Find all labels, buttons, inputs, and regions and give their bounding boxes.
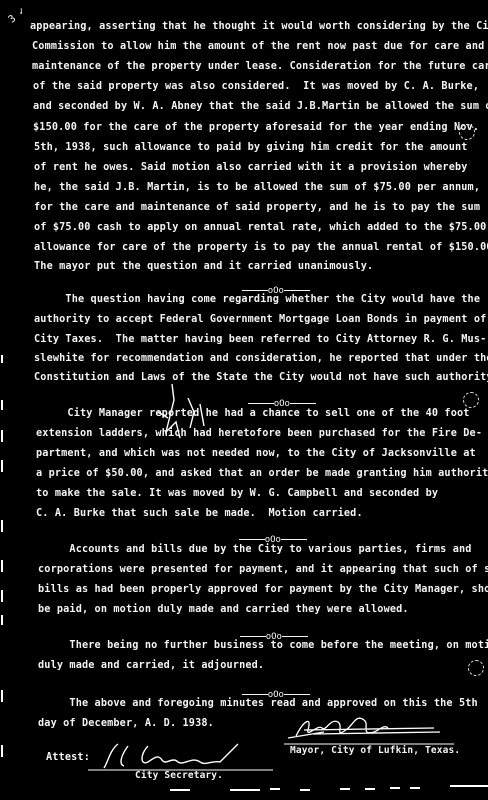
attest-label: Attest: [46,752,90,764]
scan-edge-mark [1,615,3,625]
scan-artifact-dashes [150,782,488,794]
scan-edge-mark [1,560,3,572]
text-line: day of December, A. D. 1938. [38,718,214,730]
margin-note: 3 ✓ [7,5,28,25]
text-line: a price of $50.00, and asked that an ord… [36,468,488,480]
scan-edge-mark [1,460,3,472]
text-line: appearing, asserting that he thought it … [30,21,488,33]
text-line: extension ladders, which had heretofore … [36,428,482,440]
text-line: The above and foregoing minutes read and… [38,698,478,710]
mayor-title: Mayor, City of Lufkin, Texas. [290,745,460,757]
text-line: Constitution and Laws of the State the C… [34,372,488,384]
text-line: corporations were presented for payment,… [38,564,488,576]
scan-edge-mark [1,400,3,410]
text-line: be paid, on motion duly made and carried… [38,604,409,616]
text-line: bills as had been properly approved for … [38,584,488,596]
secretary-title: City Secretary. [135,770,223,782]
text-line: allowance for care of the property is to… [34,242,488,254]
text-line: Commission to allow him the amount of th… [32,41,484,53]
text-line: duly made and carried, it adjourned. [38,660,264,672]
scan-edge-mark [1,355,3,363]
text-line: The question having come regarding wheth… [34,294,480,306]
text-line: and seconded by W. A. Abney that the sai… [33,101,488,113]
text-line: 5th, 1938, such allowance to paid by giv… [34,142,468,154]
binder-hole [463,392,479,408]
text-line: authority to accept Federal Government M… [34,314,486,326]
text-line: of the said property was also considered… [33,81,479,93]
secretary-signature [88,740,278,774]
text-line: of $75.00 cash to apply on annual rental… [34,222,486,234]
scan-edge-mark [1,590,3,602]
text-line: partment, and which was not needed now, … [36,448,476,460]
mayor-signature [284,710,454,750]
text-line: City Taxes. The matter having been refer… [34,334,486,346]
text-line: he, the said J.B. Martin, is to be allow… [34,182,480,194]
scanned-document-page: 3 ✓ appearing, asserting that he thought… [0,0,488,800]
scan-edge-mark [1,745,3,757]
text-line: C. A. Burke that such sale be made. Moti… [36,508,363,520]
scan-edge-mark [1,690,3,702]
text-line: of rent he owes. Said motion also carrie… [34,162,468,174]
text-line: for the care and maintenance of said pro… [34,202,480,214]
text-line: maintenance of the property under lease.… [32,61,488,73]
scan-edge-mark [1,430,3,442]
text-line: $150.00 for the care of the property afo… [33,122,479,134]
ink-smudge [150,382,240,452]
scan-edge-mark [1,520,3,532]
text-line: slewhite for recommendation and consider… [34,353,488,365]
text-line: The mayor put the question and it carrie… [34,261,373,273]
text-line: There being no further business to come … [38,640,488,652]
text-line: Accounts and bills due by the City to va… [38,544,472,556]
binder-hole [468,660,484,676]
text-line: to make the sale. It was moved by W. G. … [36,488,438,500]
text-line: City Manager reported he had a chance to… [36,408,470,420]
